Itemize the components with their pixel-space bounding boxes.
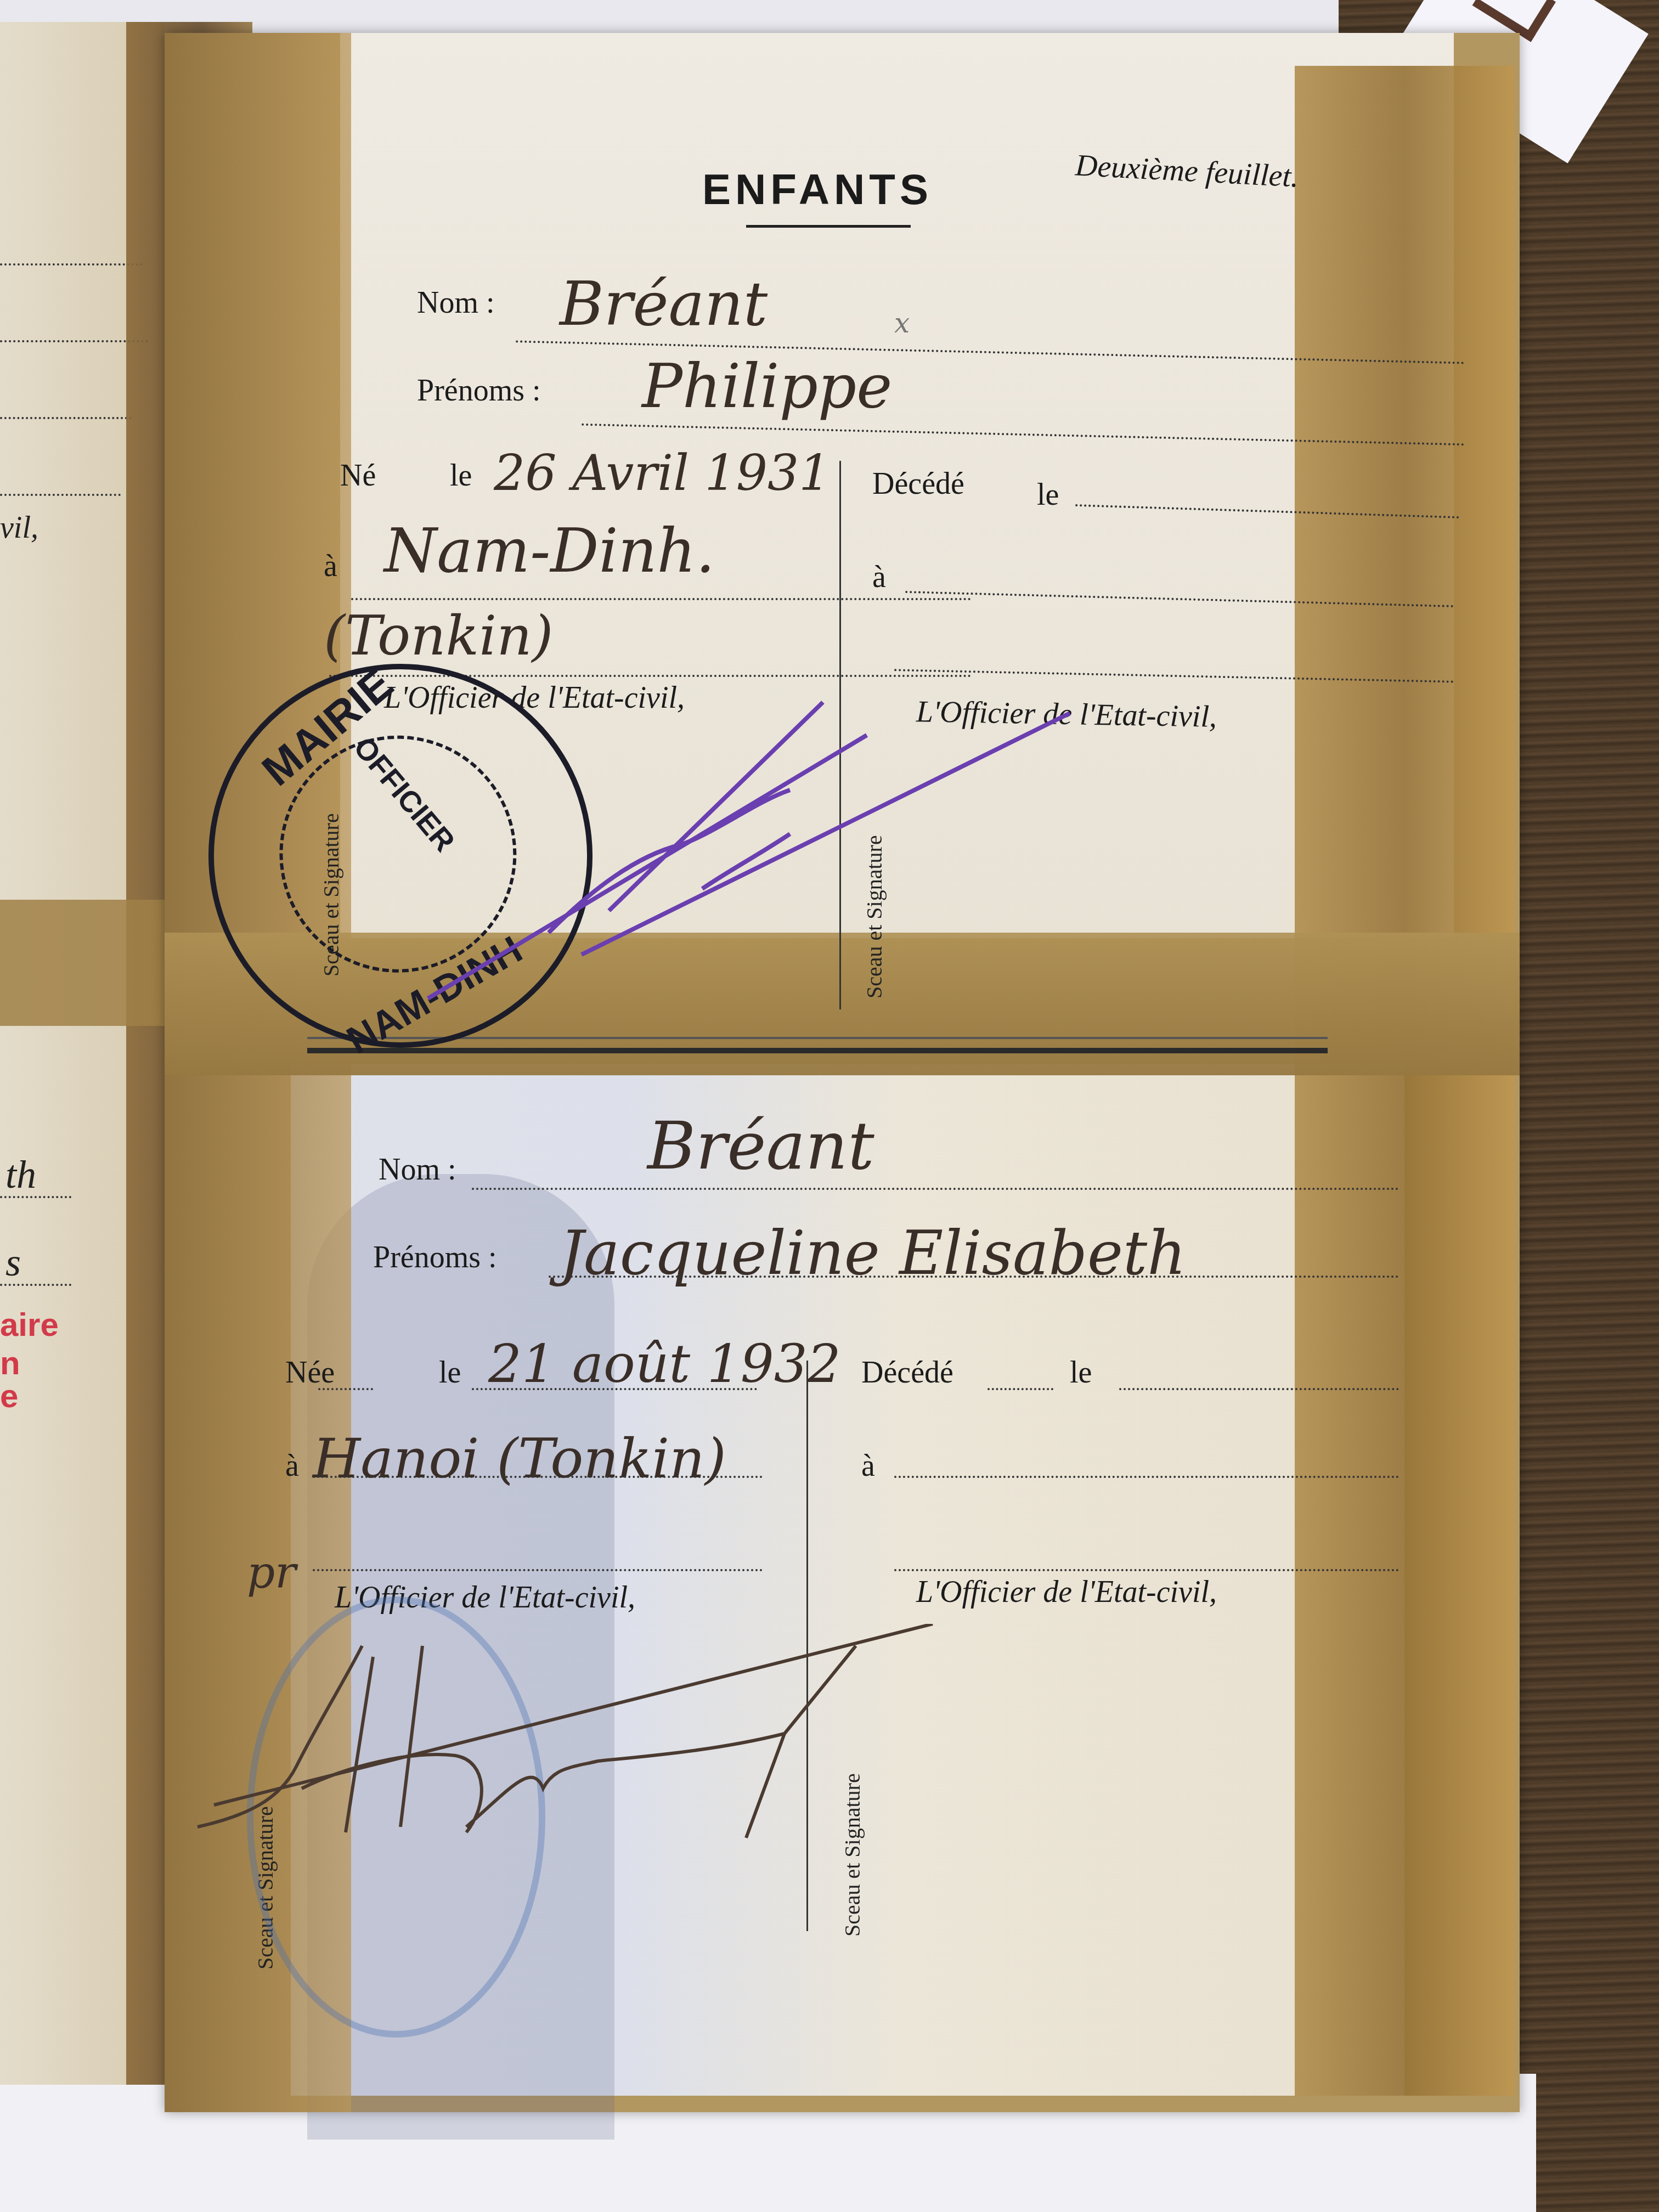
decede-label: Décédé — [861, 1355, 953, 1390]
dotted-line — [351, 598, 971, 600]
officer-signature — [181, 1624, 949, 1876]
decede-officer-label: L'Officier de l'Etat-civil, — [916, 1575, 1217, 1610]
red-stamp-fragment: e — [0, 1377, 18, 1415]
nom-mark: x — [894, 307, 910, 339]
dotted-line — [0, 1196, 71, 1198]
a-label: à — [324, 549, 337, 584]
death-date-field — [1119, 1388, 1399, 1390]
red-stamp-fragment: n — [0, 1344, 20, 1382]
left-page-fragment: s — [5, 1240, 21, 1285]
prenoms-label: Prénoms : — [417, 373, 541, 408]
death-place-field — [894, 1476, 1399, 1478]
prenoms-value: Philippe — [642, 351, 892, 421]
page-title: ENFANTS — [702, 165, 933, 215]
dotted-line — [549, 1276, 1399, 1278]
left-page-fragment: th — [5, 1152, 36, 1198]
dotted-line — [894, 1569, 1399, 1571]
dotted-line — [313, 1569, 763, 1571]
dotted-line — [0, 263, 143, 266]
nee-label: Née — [285, 1355, 335, 1390]
document-page: ENFANTS Deuxième feuillet. Nom : Bréant … — [165, 33, 1520, 2112]
dotted-line — [0, 1284, 71, 1286]
nom-label: Nom : — [379, 1152, 456, 1187]
decede-label: Décédé — [872, 466, 964, 501]
left-page-fragment: vil, — [0, 510, 38, 545]
le-label: le — [450, 458, 472, 493]
ne-label: Né — [340, 458, 376, 493]
dotted-line — [318, 1388, 373, 1390]
dotted-line — [472, 1388, 757, 1390]
nom-value: Bréant — [647, 1108, 874, 1184]
red-stamp-fragment: aire — [0, 1306, 59, 1344]
nom-value: Bréant — [560, 269, 768, 339]
decede-le-label: le — [1070, 1355, 1092, 1390]
decede-a-label: à — [861, 1448, 875, 1483]
title-underline — [746, 225, 911, 228]
dotted-line — [988, 1388, 1053, 1390]
decede-a-label: à — [872, 560, 886, 595]
pr-annotation: pr — [247, 1547, 296, 1598]
prenoms-label: Prénoms : — [373, 1240, 497, 1275]
birth-date-value: 21 août 1932 — [488, 1333, 841, 1395]
dotted-line — [0, 494, 121, 496]
dotted-line — [313, 1476, 763, 1478]
birth-place-value: Hanoi (Tonkin) — [313, 1426, 726, 1491]
birth-place-value: Nam-Dinh. — [384, 516, 715, 586]
officer-signature-violet — [373, 691, 1086, 1020]
birth-region-value: (Tonkin) — [324, 603, 554, 668]
section-divider — [307, 1048, 1328, 1053]
tape-right — [1295, 66, 1514, 2096]
dotted-line — [472, 1188, 1399, 1190]
a-label: à — [285, 1448, 299, 1483]
decede-le-label: le — [1037, 477, 1059, 512]
dotted-line — [0, 417, 132, 419]
le-label: le — [439, 1355, 461, 1390]
birth-date-value: 26 Avril 1931 — [494, 444, 831, 502]
nom-label: Nom : — [417, 285, 495, 320]
